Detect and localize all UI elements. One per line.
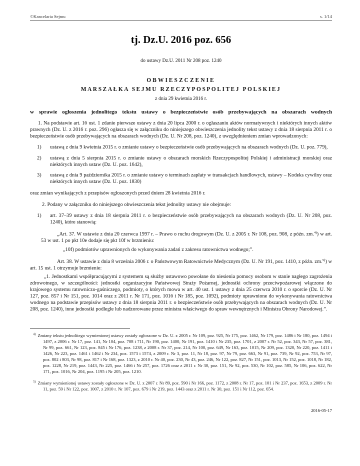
footnote-4: 4)Zmiany tekstu jednolitego wymienionej … [30,331,332,374]
footnote-text: Zmiany tekstu jednolitego wymienionej us… [38,333,332,374]
document-page: ©Kancelaria Sejmu s. 1/14 tj. Dz.U. 2016… [0,0,360,466]
list-item-text: ustawą z dnia 9 kwietnia 2015 r. o zmian… [50,144,332,150]
publisher-label: ©Kancelaria Sejmu [30,14,66,19]
footnote-5: 5)Zmiany wymienionej ustawy zostały ogło… [30,379,332,392]
notice-kind-heading: OBWIESZCZENIE [30,78,332,84]
footer-date: 2016-05-17 [30,408,332,413]
art38-paragraph: Art. 38. W ustawie z dnia 8 września 200… [30,259,332,272]
page-number-label: s. 1/14 [320,14,332,19]
notice-issuer-heading: MARSZAŁKA SEJMU RZECZYPOSPOLITEJ POLSKIE… [30,87,332,93]
list-item-text: ustawą z dnia 9 października 2015 r. o z… [50,173,332,186]
footnote-text: Zmiany wymienionej ustawy zostały ogłosz… [38,380,332,391]
list-item-text: ustawą z dnia 5 sierpnia 2015 r. o zmian… [50,155,332,168]
doc-title: tj. Dz.U. 2016 poz. 656 [30,34,332,47]
paragraph-1: 1. Na podstawie art. 16 ust. 1 zdanie pi… [30,121,332,140]
excluded-item-1: 1) art. 37–39 ustawy z dnia 18 sierpnia … [30,213,332,226]
amendment-item-1: 1) ustawą z dnia 9 kwietnia 2015 r. o zm… [30,144,332,150]
amendment-item-2: 2) ustawą z dnia 5 sierpnia 2015 r. o zm… [30,155,332,168]
list-item-number: 1) [30,144,50,150]
art37-text-pre: „Art. 37. W ustawie z dnia 20 czerwca 19… [57,231,314,237]
notice-subject: w sprawie ogłoszenia jednolitego tekstu … [30,109,332,115]
paragraph-2: 2. Podany w załączniku do niniejszego ob… [30,202,332,208]
list-item-number: 3) [30,173,50,186]
document-scale-wrapper: ©Kancelaria Sejmu s. 1/14 tj. Dz.U. 2016… [0,0,360,466]
page-header: ©Kancelaria Sejmu s. 1/14 [30,14,332,21]
list-item-number: 1) [30,213,50,226]
closing-text: oraz zmian wynikających z przepisów ogło… [30,191,332,197]
notice-date: z dnia 29 kwietnia 2016 r. [30,96,332,102]
footnote-separator [30,328,130,329]
art37-quote: „10f) podmiotów uprawnionych do wykonywa… [41,247,332,253]
list-item-number: 2) [30,155,50,168]
art38-text-pre: Art. 38. W ustawie z dnia 8 września 200… [57,259,322,265]
amendment-item-3: 3) ustawą z dnia 9 października 2015 r. … [30,173,332,186]
art38-quote: „1. Jednostkami współpracującymi z syste… [30,274,332,313]
doc-subtitle: do ustawy Dz.U. 2011 Nr 208 poz. 1240 [30,58,332,64]
list-item-text: art. 37–39 ustawy z dnia 18 sierpnia 201… [50,213,332,226]
art37-paragraph: „Art. 37. W ustawie z dnia 20 czerwca 19… [41,231,332,244]
footnotes-section: 4)Zmiany tekstu jednolitego wymienionej … [30,331,332,392]
